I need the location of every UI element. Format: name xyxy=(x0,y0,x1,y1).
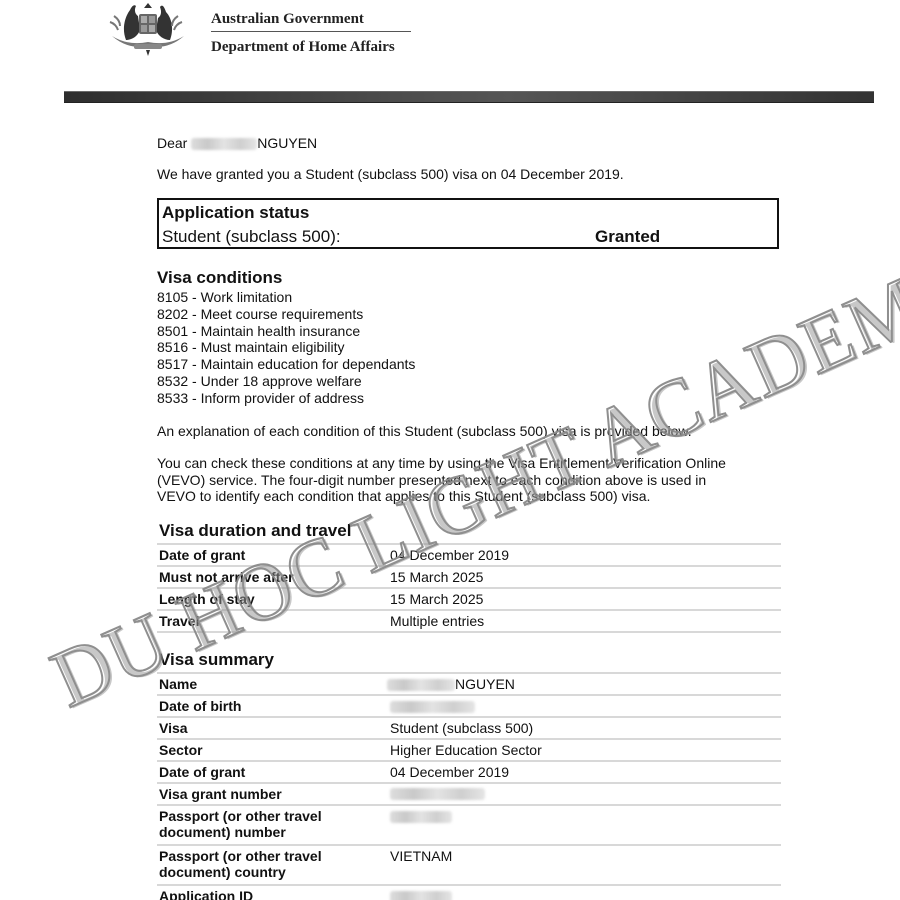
row-value: Multiple entries xyxy=(390,613,484,629)
row-label: Visa xyxy=(159,720,379,736)
coat-of-arms-icon xyxy=(108,0,188,56)
redacted-visa-grant-number xyxy=(390,788,485,800)
row-value: 04 December 2019 xyxy=(390,764,509,780)
redacted-date-of-birth xyxy=(390,701,475,713)
org-divider xyxy=(211,31,411,32)
row-value: Higher Education Sector xyxy=(390,742,542,758)
condition-item: 8532 - Under 18 approve welfare xyxy=(157,373,415,390)
redacted-application-id xyxy=(390,891,452,900)
row-label: Date of birth xyxy=(159,698,379,714)
visa-summary-table: Name NGUYEN Date of birth Visa Student (… xyxy=(157,672,781,900)
table-row: Application ID xyxy=(157,884,781,900)
row-label: Must not arrive after xyxy=(159,569,379,585)
vevo-line: (VEVO) service. The four-digit number pr… xyxy=(157,472,787,489)
grant-sentence: We have granted you a Student (subclass … xyxy=(157,166,624,182)
condition-item: 8517 - Maintain education for dependants xyxy=(157,356,415,373)
condition-item: 8501 - Maintain health insurance xyxy=(157,323,415,340)
department-name: Department of Home Affairs xyxy=(211,39,395,56)
redacted-passport-number xyxy=(390,811,452,823)
table-row: Sector Higher Education Sector xyxy=(157,738,781,760)
row-label: Visa grant number xyxy=(159,786,379,802)
condition-item: 8533 - Inform provider of address xyxy=(157,390,415,407)
row-label: Date of grant xyxy=(159,547,379,563)
application-status-title: Application status xyxy=(162,203,309,223)
application-status-value: Granted xyxy=(595,227,660,247)
visa-duration-table: Date of grant 04 December 2019 Must not … xyxy=(157,543,781,633)
letterhead: Australian Government Department of Home… xyxy=(0,0,900,90)
table-row: Travel Multiple entries xyxy=(157,609,781,633)
row-value: NGUYEN xyxy=(390,676,515,692)
row-value: 15 March 2025 xyxy=(390,569,483,585)
table-row: Date of grant 04 December 2019 xyxy=(157,543,781,565)
table-row: Passport (or other travel document) numb… xyxy=(157,804,781,844)
vevo-line: You can check these conditions at any ti… xyxy=(157,455,787,472)
salutation-surname: NGUYEN xyxy=(257,135,317,151)
row-label: Passport (or other travel document) numb… xyxy=(159,808,379,840)
row-label: Date of grant xyxy=(159,764,379,780)
redacted-given-name xyxy=(191,138,257,150)
condition-item: 8516 - Must maintain eligibility xyxy=(157,339,415,356)
vevo-paragraph: You can check these conditions at any ti… xyxy=(157,455,787,505)
row-value: VIETNAM xyxy=(390,848,452,864)
visa-conditions-list: 8105 - Work limitation 8202 - Meet cours… xyxy=(157,289,415,407)
salutation: Dear NGUYEN xyxy=(157,135,317,151)
table-row: Must not arrive after 15 March 2025 xyxy=(157,565,781,587)
visa-conditions-heading: Visa conditions xyxy=(157,268,282,288)
org-name: Australian Government xyxy=(211,11,364,28)
row-value: Student (subclass 500) xyxy=(390,720,533,736)
table-row: Visa Student (subclass 500) xyxy=(157,716,781,738)
visa-duration-heading: Visa duration and travel xyxy=(159,521,351,541)
row-label: Application ID xyxy=(159,888,379,900)
table-row: Date of grant 04 December 2019 xyxy=(157,760,781,782)
application-status-box: Application status Student (subclass 500… xyxy=(157,198,779,249)
row-value xyxy=(390,888,452,900)
table-row: Date of birth xyxy=(157,694,781,716)
row-label: Travel xyxy=(159,613,379,629)
table-row: Passport (or other travel document) coun… xyxy=(157,844,781,884)
row-value xyxy=(390,786,485,802)
header-bar xyxy=(64,91,874,103)
redacted-given-name xyxy=(387,679,455,691)
row-value: 04 December 2019 xyxy=(390,547,509,563)
row-value xyxy=(390,808,452,824)
salutation-prefix: Dear xyxy=(157,135,187,151)
row-label: Sector xyxy=(159,742,379,758)
table-row: Visa grant number xyxy=(157,782,781,804)
table-row: Name NGUYEN xyxy=(157,672,781,694)
application-status-visa: Student (subclass 500): xyxy=(162,227,341,247)
row-label: Passport (or other travel document) coun… xyxy=(159,848,379,880)
row-value xyxy=(390,698,475,714)
row-value: 15 March 2025 xyxy=(390,591,483,607)
condition-item: 8105 - Work limitation xyxy=(157,289,415,306)
row-label: Length of stay xyxy=(159,591,379,607)
table-row: Length of stay 15 March 2025 xyxy=(157,587,781,609)
row-label: Name xyxy=(159,676,379,692)
conditions-explanation: An explanation of each condition of this… xyxy=(157,423,787,440)
visa-summary-heading: Visa summary xyxy=(159,650,274,670)
name-surname: NGUYEN xyxy=(455,676,515,692)
condition-item: 8202 - Meet course requirements xyxy=(157,306,415,323)
vevo-line: VEVO to identify each condition that app… xyxy=(157,488,787,505)
